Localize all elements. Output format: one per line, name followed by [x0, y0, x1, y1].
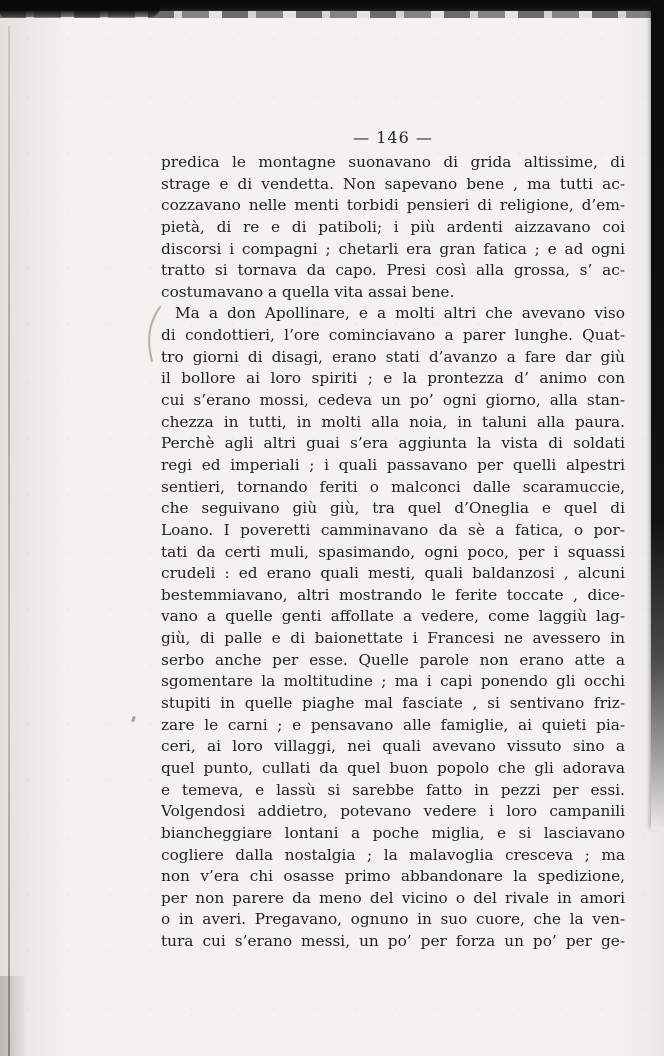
- scanned-book-page: — 146 — predica le montagne suonavano di…: [0, 0, 664, 1056]
- text-line: tati da certi muli, spasimando, ogni poc…: [161, 542, 625, 564]
- ink-speck: [131, 716, 136, 723]
- scan-edge-right: [651, 0, 664, 830]
- text-line: Loano. I poveretti camminavano da sè a f…: [161, 520, 625, 542]
- text-line: crudeli : ed erano quali mesti, quali ba…: [161, 563, 625, 585]
- text-line: regi ed imperiali ; i quali passavano pe…: [161, 455, 625, 477]
- text-line: biancheggiare lontani a poche miglia, e …: [161, 823, 625, 845]
- text-line: o in averi. Pregavano, ognuno in suo cuo…: [161, 909, 625, 931]
- text-line: strage e di vendetta. Non sapevano bene …: [161, 174, 625, 196]
- text-line: Ma a don Apollinare, e a molti altri che…: [161, 303, 625, 325]
- text-line: vano a quelle genti affollate a vedere, …: [161, 606, 625, 628]
- text-line: per non parere da meno del vicino o del …: [161, 888, 625, 910]
- text-line: tro giorni di disagi, erano stati d’avan…: [161, 347, 625, 369]
- text-line: serbo anche per esse. Quelle parole non …: [161, 650, 625, 672]
- text-line: cui s’erano mossi, cedeva un po’ ogni gi…: [161, 390, 625, 412]
- text-line: Volgendosi addietro, potevano vedere i l…: [161, 801, 625, 823]
- text-line: tura cui s’erano messi, un po’ per forza…: [161, 931, 625, 953]
- text-block: predica le montagne suonavano di grida a…: [161, 152, 625, 953]
- text-line: zare le carni ; e pensavano alle famigli…: [161, 715, 625, 737]
- text-line: costumavano a quella vita assai bene.: [161, 282, 625, 304]
- text-line: che seguivano giù giù, tra quel d’Onegli…: [161, 498, 625, 520]
- text-line: di condottieri, l’ore cominciavano a par…: [161, 325, 625, 347]
- text-line: ceri, ai loro villaggi, nei quali avevan…: [161, 736, 625, 758]
- text-line: discorsi i compagni ; chetarli era gran …: [161, 239, 625, 261]
- text-line: pietà, di re e di patiboli; i più ardent…: [161, 217, 625, 239]
- text-line: chezza in tutti, in molti alla noia, in …: [161, 412, 625, 434]
- text-line: il bollore ai loro spiriti ; e la pronte…: [161, 368, 625, 390]
- text-line: cogliere dalla nostalgia ; la malavoglia…: [161, 845, 625, 867]
- text-line: bestemmiavano, altri mostrando le ferite…: [161, 585, 625, 607]
- text-line: non v’era chi osasse primo abbandonare l…: [161, 866, 625, 888]
- scan-shade-bottom-left: [0, 976, 26, 1056]
- text-line: Perchè agli altri guai s’era aggiunta la…: [161, 433, 625, 455]
- scan-edge-top-left: [0, 0, 160, 17]
- text-line: sentieri, tornando feriti o malconci dal…: [161, 477, 625, 499]
- text-line: stupiti in quelle piaghe mal fasciate , …: [161, 693, 625, 715]
- text-line: quel punto, cullati da quel buon popolo …: [161, 758, 625, 780]
- text-line: giù, di palle e di baionettate i Frances…: [161, 628, 625, 650]
- text-line: predica le montagne suonavano di grida a…: [161, 152, 625, 174]
- text-line: tratto si tornava da capo. Presi così al…: [161, 260, 625, 282]
- text-line: sgomentare la moltitudine ; ma i capi po…: [161, 671, 625, 693]
- text-line: cozzavano nelle menti torbidi pensieri d…: [161, 195, 625, 217]
- binding-crease: [8, 26, 10, 1056]
- text-line: e temeva, e lassù si sarebbe fatto in pe…: [161, 780, 625, 802]
- page-number: — 146 —: [161, 128, 625, 150]
